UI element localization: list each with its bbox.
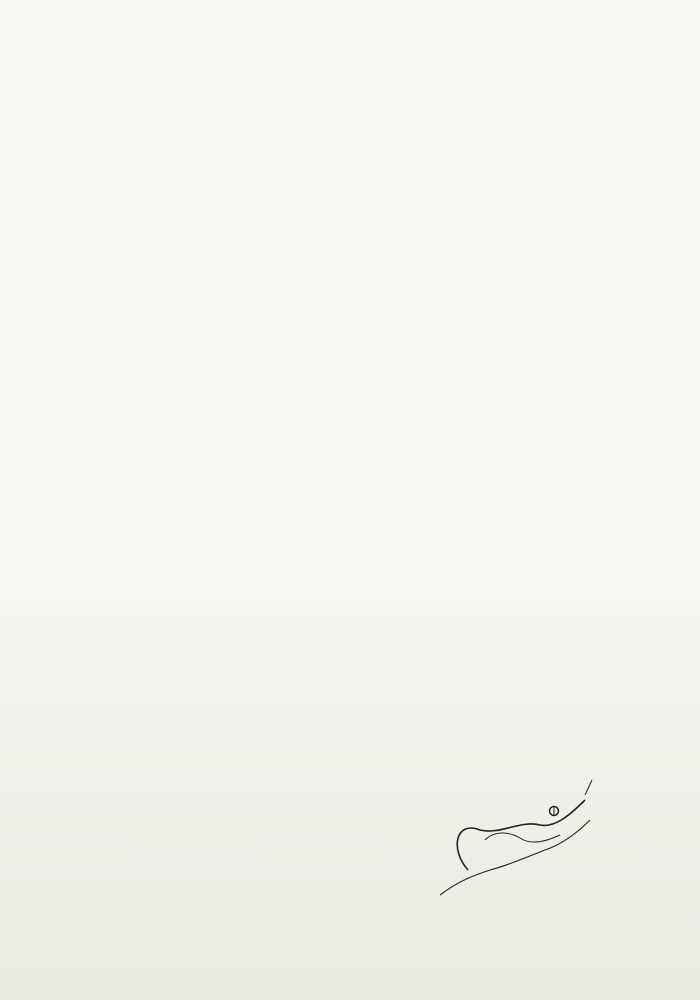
peace-symbol-icon <box>550 807 559 816</box>
signature-icon <box>440 780 592 895</box>
edito-logo-title <box>170 96 470 166</box>
